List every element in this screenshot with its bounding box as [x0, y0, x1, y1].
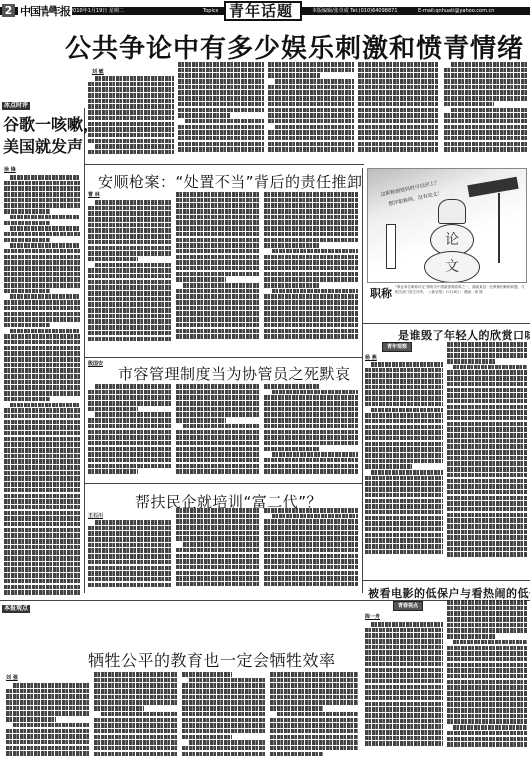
decorative-slashes: /////: [48, 5, 54, 15]
anshun-headline: 安顺枪案：“处置不当”背后的责任推卸: [98, 171, 363, 192]
anshun-body-col1: [88, 200, 172, 354]
sidebar-kicker: 冰点时评: [2, 102, 30, 110]
section-divider: [84, 164, 364, 165]
sidebar-headline-line1: 谷歌一咳嗽，: [3, 114, 99, 136]
taste-body-col2: [447, 342, 527, 578]
sidebar-headline-line2: 美国就发声: [3, 136, 83, 158]
city-body-col1: [88, 384, 172, 480]
topics-label: Topics: [203, 7, 218, 15]
section-divider: [84, 483, 362, 484]
editor-email: E-mail:qnhuati@yahoo.com.cn: [418, 7, 494, 15]
cartoon-caption: “事业单位职称评定”被称为中国最需要改革之一，湖南某县一位教师因职称问题，与相关…: [395, 285, 525, 295]
cartoon-title: 职称: [370, 285, 392, 301]
anshun-body-col2: [176, 192, 260, 354]
city-body-col2: [176, 384, 260, 480]
masthead: 2 中国青年报 ///// 2010年1月19日 星期二 Topics 青年话题…: [0, 0, 530, 22]
lead-body-col1: [88, 76, 174, 162]
page-number: 2: [2, 4, 15, 17]
fuerdai-body-col3: [264, 508, 358, 596]
main-headline: 公共争论中有多少娱乐刺激和愤青情绪: [65, 28, 524, 65]
taste-byline: 杨 燕: [365, 354, 377, 361]
city-byline: 殷国安: [88, 360, 103, 367]
issue-date: 2010年1月19日 星期二: [70, 7, 124, 15]
fuerdai-body-col2: [176, 508, 260, 596]
cartoon-bag-bottom: 文: [424, 251, 480, 283]
taste-headline: 是谁毁了年轻人的欣赏口味: [398, 327, 530, 343]
lead-body-col3: [268, 62, 354, 162]
dibao-body-col1: [365, 622, 443, 762]
section-divider: [84, 357, 362, 358]
education-byline: 刘 强: [6, 674, 18, 681]
education-body-col2: [94, 672, 178, 763]
lead-body-col2: [178, 62, 264, 162]
right-column-divider: [362, 168, 363, 593]
cartoon-chair-pole: [498, 193, 500, 263]
editorial-cartoon: 这职称到底何时可以评上？ 想评职称吗，没有论文！ 论 文: [367, 168, 527, 283]
education-body-col1: [6, 683, 90, 763]
taste-label: 青年观察: [382, 342, 412, 352]
lead-byline: 刘 敏: [92, 68, 104, 75]
section-divider: [362, 323, 530, 324]
dibao-label: 青春视点: [393, 601, 423, 611]
cartoon-person: [438, 199, 466, 224]
section-title: 青年话题: [229, 3, 293, 20]
lead-body-col5: [444, 62, 528, 162]
section-divider: [362, 580, 530, 581]
anshun-byline: 曹 林: [88, 191, 100, 198]
fuerdai-body-col1: [88, 520, 172, 596]
education-kicker: 本报观点: [2, 605, 30, 613]
city-body-col3: [264, 384, 358, 480]
dibao-headline: 被看电影的低保户与看热闹的低保管理: [368, 585, 530, 601]
education-body-col3: [182, 672, 266, 763]
dibao-byline: 陈一舟: [365, 613, 380, 620]
education-headline: 牺牲公平的教育也一定会牺牲效率: [88, 648, 336, 671]
fuerdai-byline: 王石川: [88, 512, 103, 519]
cartoon-chair: [467, 177, 518, 198]
lead-body-col4: [358, 62, 438, 162]
education-body-col4: [270, 672, 358, 763]
sidebar-divider: [84, 108, 85, 593]
city-headline: 市容管理制度当为协管员之死默哀: [118, 363, 351, 384]
sidebar-body-text: [4, 175, 80, 595]
editor-info: 本版编辑/张卓成 Tel:(010)64098871: [312, 7, 398, 15]
paper-logo: 中国青年报: [18, 3, 72, 19]
cartoon-figure: [386, 224, 396, 269]
dibao-body-col2: [447, 600, 527, 762]
sidebar-byline: 徐 锋: [4, 166, 16, 173]
taste-body-col1: [365, 362, 443, 578]
anshun-body-col3: [264, 192, 358, 354]
section-title-box: 青年话题: [224, 1, 302, 21]
